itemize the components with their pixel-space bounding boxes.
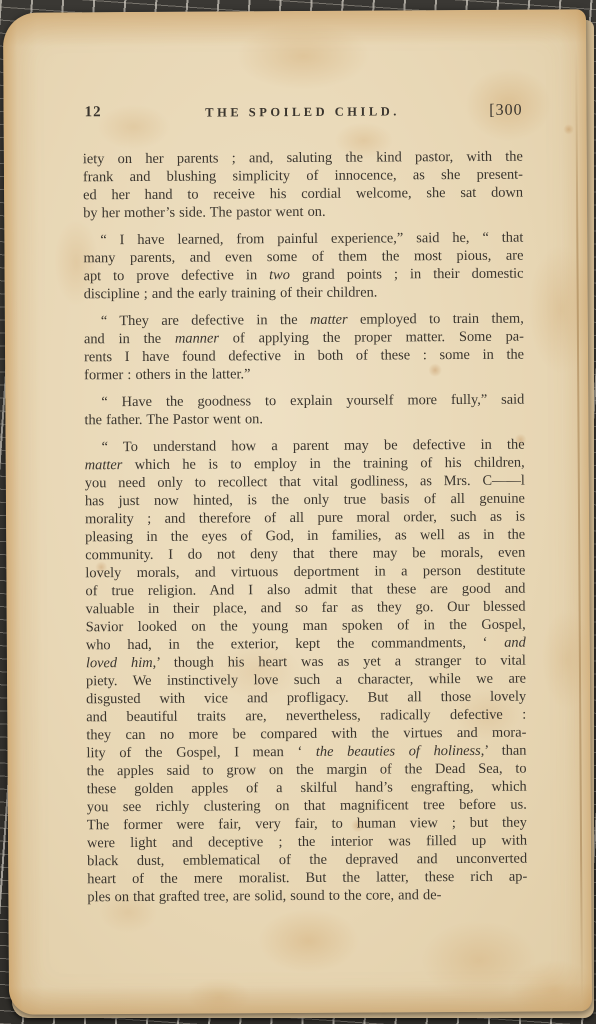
text-line: discipline ; and the early training of t… <box>84 283 524 304</box>
photo-background: 12 THE SPOILED CHILD. [300 iety on her p… <box>0 0 596 1024</box>
body-text: iety on her parents ; and, saluting the … <box>83 148 528 907</box>
running-head: 12 THE SPOILED CHILD. [300 <box>83 102 523 125</box>
text-line: by her mother’s side. The pastor went on… <box>83 202 523 223</box>
paragraph: “ To understand how a parent may be defe… <box>85 436 528 907</box>
text-line: rents I have found defective in both of … <box>84 346 524 367</box>
folio-mark: [300 <box>489 102 522 120</box>
text-line: the father. The Pastor went on. <box>84 409 524 430</box>
text-line: ed her hand to receive his cordial welco… <box>83 184 523 205</box>
text-line: ples on that grafted tree, are solid, so… <box>87 886 527 907</box>
paragraph: “ Have the goodness to explain yourself … <box>84 391 524 430</box>
text-line: “ Have the goodness to explain yourself … <box>84 391 524 412</box>
page-content: 12 THE SPOILED CHILD. [300 iety on her p… <box>83 102 528 907</box>
paragraph: “ I have learned, from painful experienc… <box>83 229 523 304</box>
book-page: 12 THE SPOILED CHILD. [300 iety on her p… <box>3 9 592 1015</box>
text-line: former : others in the latter.” <box>84 364 524 385</box>
page-number: 12 <box>85 104 102 121</box>
text-line: apt to prove defective in two grand poin… <box>84 265 524 286</box>
text-line: heart of the mere moralist. But the latt… <box>87 868 527 889</box>
running-title: THE SPOILED CHILD. <box>205 104 400 120</box>
paragraph: iety on her parents ; and, saluting the … <box>83 148 523 223</box>
paragraph: “ They are defective in the matter emplo… <box>84 310 524 385</box>
